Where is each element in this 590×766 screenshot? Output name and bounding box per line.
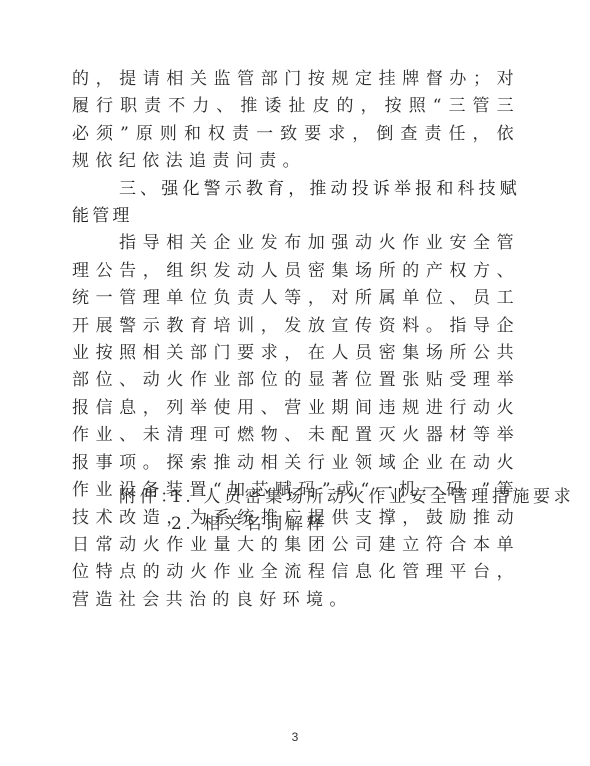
attachment-title: 2. 相关名词解释 (171, 511, 327, 538)
document-page: 的，提请相关监管部门按规定挂牌督办；对履行职责不力、推诿扯皮的，按照“三管三必须… (0, 0, 590, 766)
attachment-item: 2. 相关名词解释 (119, 511, 574, 538)
attachment-item: 附件： 1. 人员密集场所动火作业安全管理措施要求 (119, 484, 574, 511)
attachment-title: 1. 人员密集场所动火作业安全管理措施要求 (171, 484, 574, 511)
page-number: 3 (0, 730, 590, 744)
attachments-label: 附件： (119, 484, 171, 511)
attachments-list: 附件： 1. 人员密集场所动火作业安全管理措施要求 2. 相关名词解释 (119, 484, 574, 538)
continuation-paragraph: 的，提请相关监管部门按规定挂牌督办；对履行职责不力、推诿扯皮的，按照“三管三必须… (72, 66, 520, 176)
body-paragraph: 指导相关企业发布加强动火作业安全管理公告，组织发动人员密集场所的产权方、统一管理… (72, 230, 520, 614)
section-heading: 三、强化警示教育，推动投诉举报和科技赋能管理 (72, 176, 520, 231)
